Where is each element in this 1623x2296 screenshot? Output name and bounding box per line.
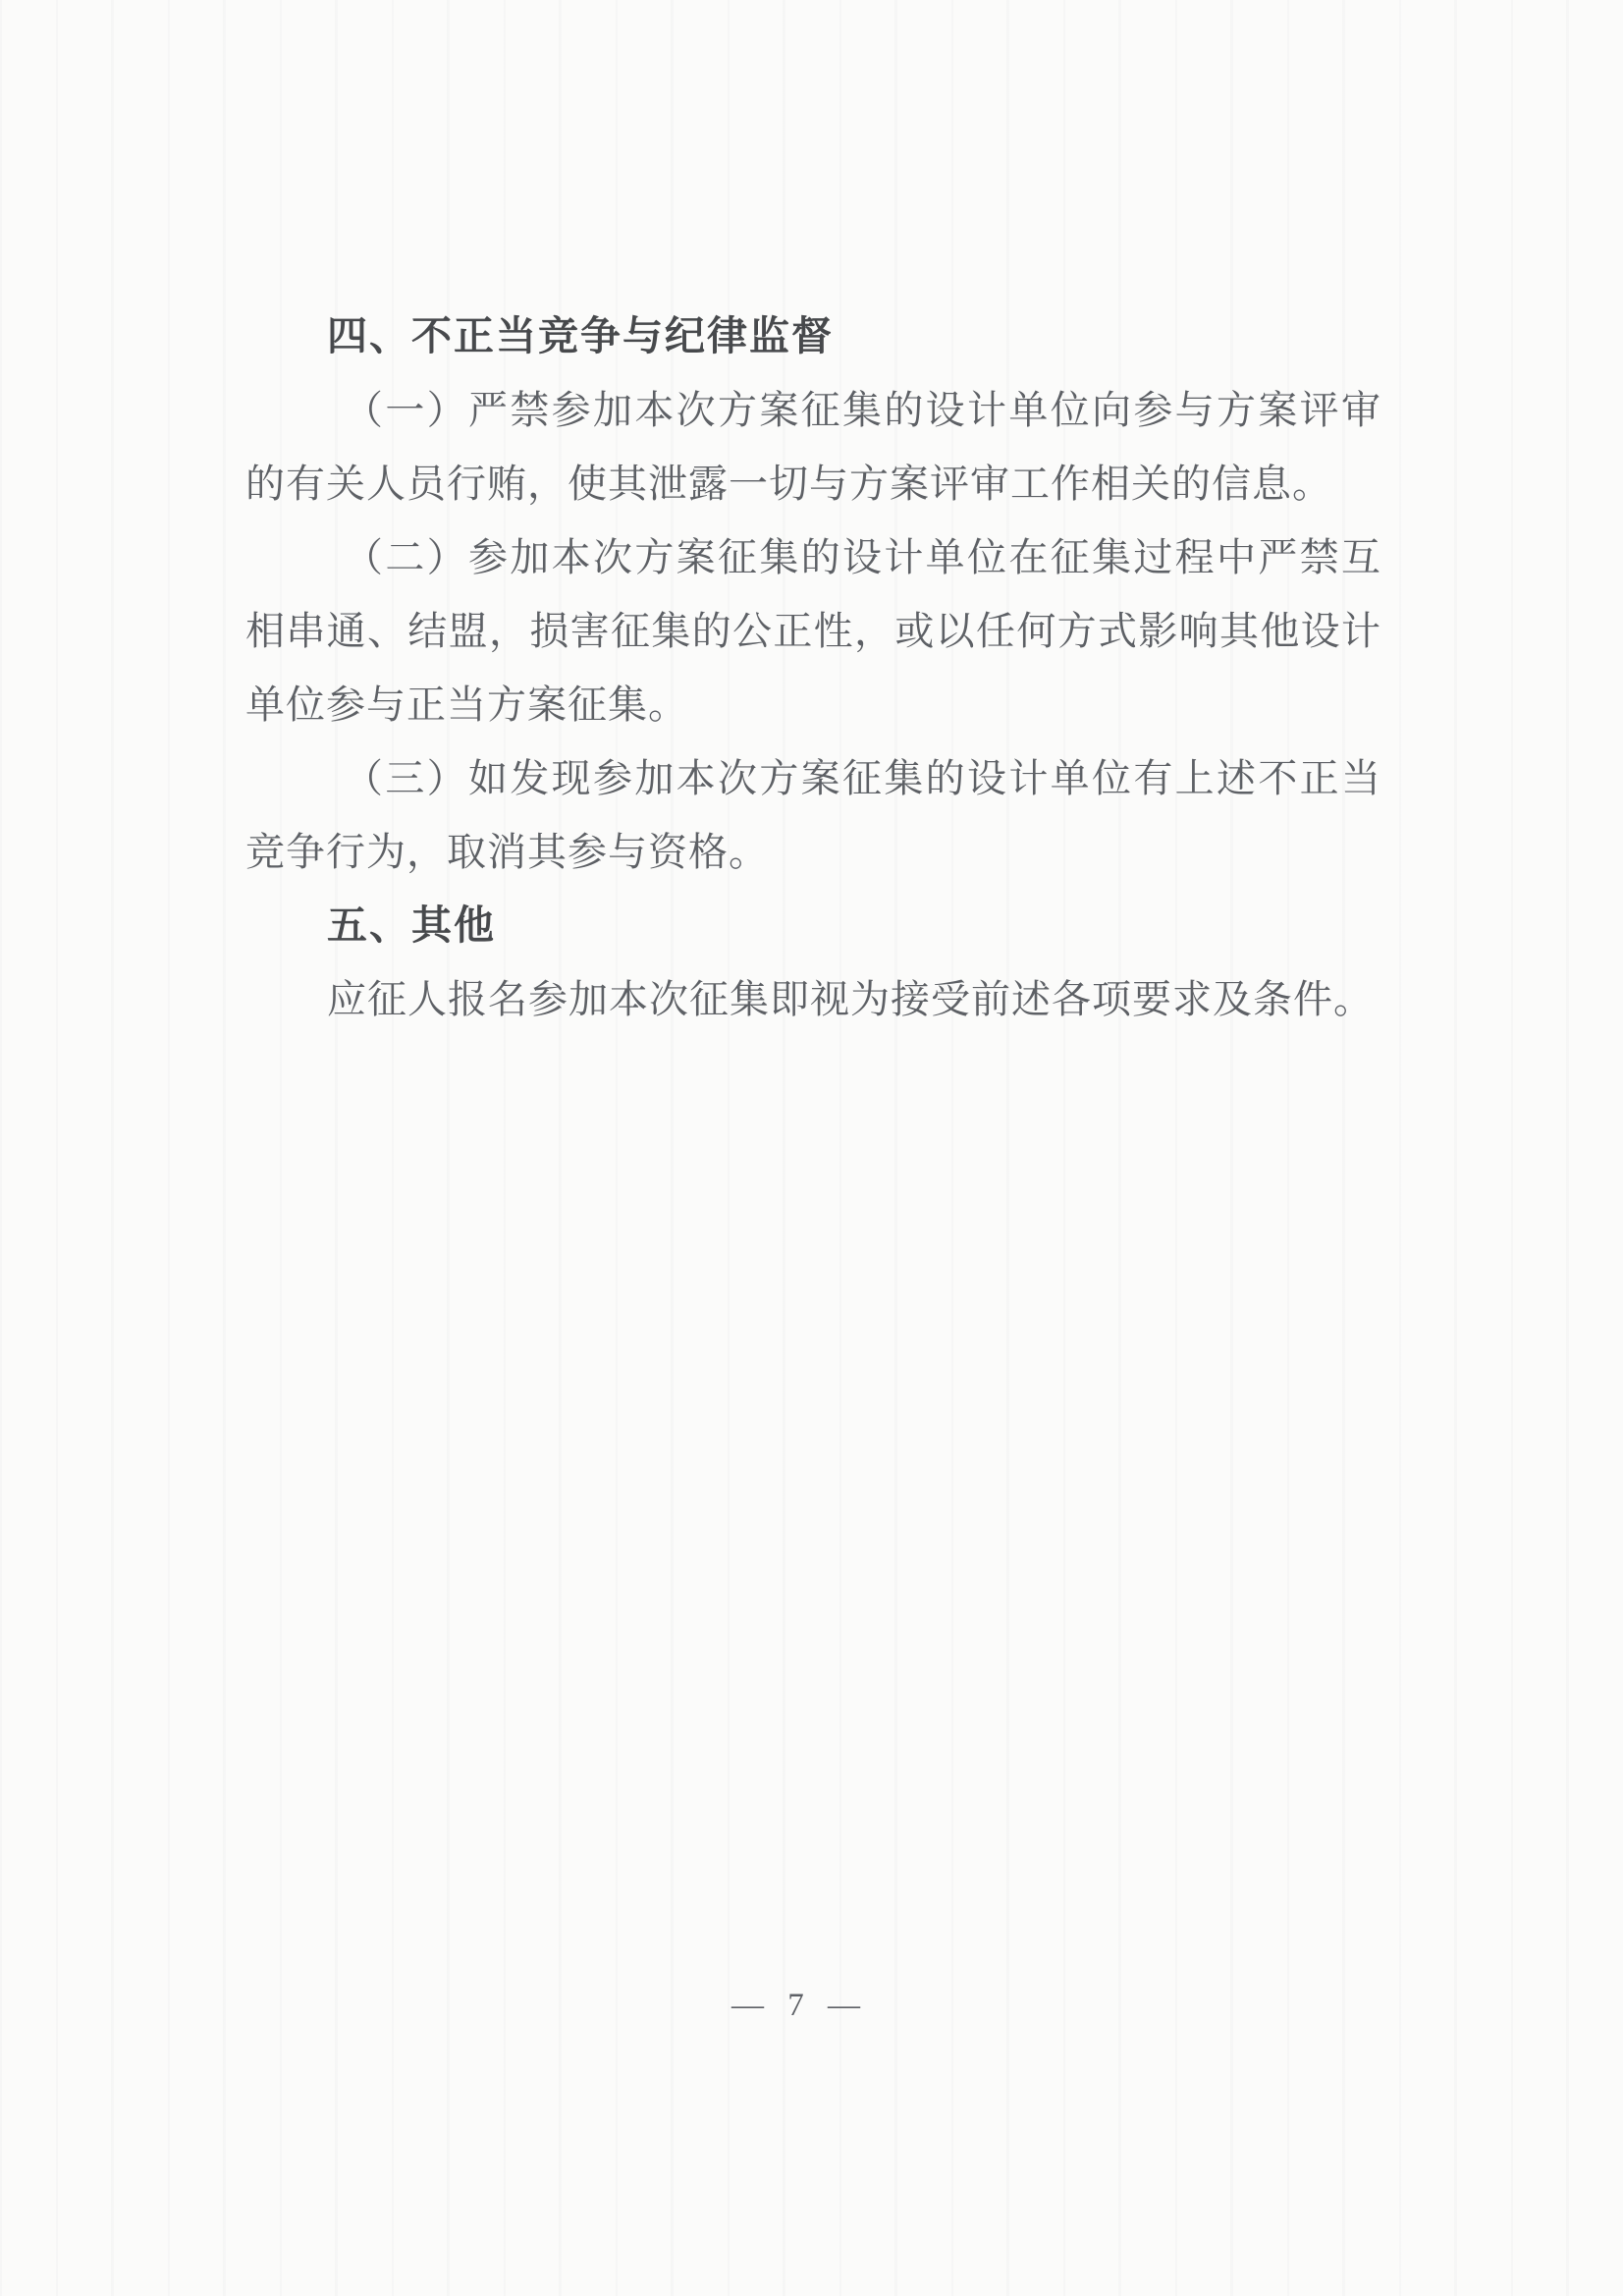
- document-text-block: 四、不正当竞争与纪律监督 （一）严禁参加本次方案征集的设计单位向参与方案评审的有…: [245, 300, 1381, 1036]
- paragraph-four-item-one: （一）严禁参加本次方案征集的设计单位向参与方案评审的有关人员行贿，使其泄露一切与…: [245, 373, 1381, 520]
- section-heading-four: 四、不正当竞争与纪律监督: [245, 300, 1381, 373]
- section-heading-five: 五、其他: [245, 889, 1381, 962]
- page-footer: — 7 —: [0, 1986, 1599, 2025]
- paragraph-four-item-three: （三）如发现参加本次方案征集的设计单位有上述不正当竞争行为，取消其参与资格。: [245, 741, 1381, 889]
- page-number: — 7 —: [731, 1988, 868, 2023]
- scanned-document-page: { "content": { "heading_four": "四、不正当竞争与…: [0, 0, 1623, 2296]
- paragraph-four-item-two: （二）参加本次方案征集的设计单位在征集过程中严禁互相串通、结盟，损害征集的公正性…: [245, 520, 1381, 741]
- paragraph-five-acceptance: 应征人报名参加本次征集即视为接受前述各项要求及条件。: [245, 962, 1381, 1036]
